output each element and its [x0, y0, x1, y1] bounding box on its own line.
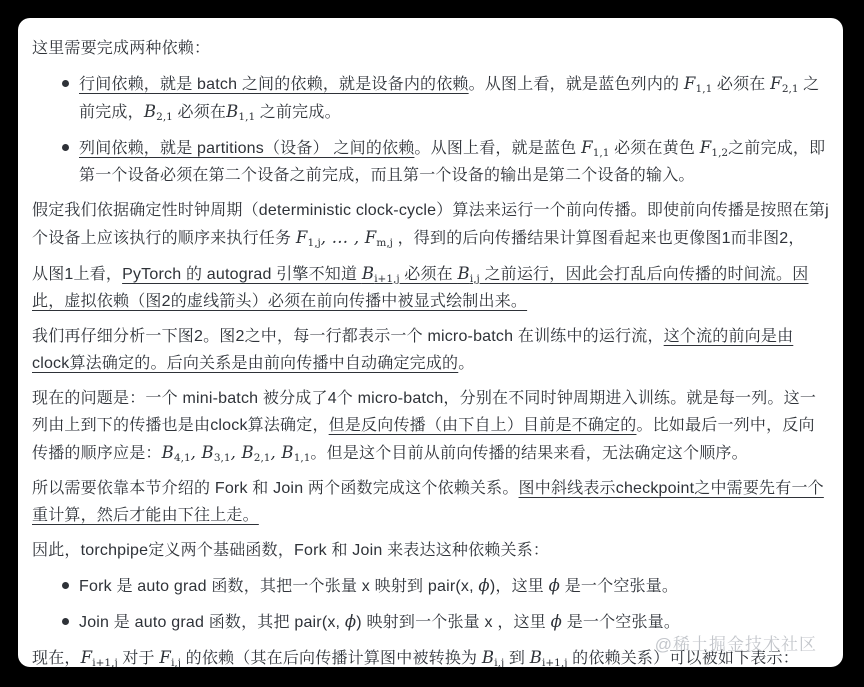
text-run: 行间依赖，就是 batch 之间的依赖，就是设备内的依赖 — [79, 76, 469, 93]
math-inline: Bi,j — [482, 648, 504, 667]
text-run: 之前完成。 — [255, 104, 341, 121]
math-inline: B3,1 — [202, 443, 231, 462]
text-run: 是一个空张量。 — [562, 614, 680, 631]
text-run: 必须在 — [173, 104, 226, 121]
math-inline: ϕ — [551, 612, 562, 631]
text-run: 这里需要完成两种依赖： — [32, 40, 210, 57]
paragraph: 所以需要依靠本节介绍的 Fork 和 Join 两个函数完成这个依赖关系。图中斜… — [32, 475, 829, 529]
math-inline: Fm,j — [365, 228, 393, 247]
paragraph: 我们再仔细分析一下图2。图2之中，每一行都表示一个 micro-batch 在训… — [32, 323, 829, 377]
article-content: 这里需要完成两种依赖：行间依赖，就是 batch 之间的依赖，就是设备内的依赖。… — [32, 35, 829, 667]
paragraph: 现在的问题是：一个 mini-batch 被分成了4个 micro-batch，… — [32, 385, 829, 467]
math-inline: ϕ — [549, 576, 560, 595]
text-run: 对于 — [122, 650, 159, 667]
text-run: 是一个空张量。 — [560, 578, 678, 595]
math-inline: Fi,j — [159, 648, 181, 667]
bullet-item: 列间依赖，就是 partitions（设备） 之间的依赖。从图上看，就是蓝色 F… — [32, 134, 829, 189]
bullet-item: 行间依赖，就是 batch 之间的依赖，就是设备内的依赖。从图上看，就是蓝色列内… — [32, 70, 829, 126]
text-run: 。从图上看，就是蓝色列内的 — [469, 76, 684, 93]
math-inline: F2,1 — [770, 74, 798, 93]
text-run: 必须在 — [712, 76, 770, 93]
text-run: ，得到的后向传播结果计算图看起来也更像图1而非图2， — [393, 230, 805, 247]
article-card: 这里需要完成两种依赖：行间依赖，就是 batch 之间的依赖，就是设备内的依赖。… — [18, 18, 843, 667]
math-inline: Bi+1,j — [530, 648, 568, 667]
math-inline: B1,1 — [281, 443, 310, 462]
math-inline: Bi+1,j — [362, 264, 400, 283]
math-inline: Fi+1,j — [81, 648, 118, 667]
math-inline: ϕ — [345, 612, 356, 631]
math-inline: B1,1 — [226, 102, 255, 121]
paragraph: 从图1上看，PyTorch 的 autograd 引擎不知道 Bi+1,j 必须… — [32, 260, 829, 315]
text-run: 。从图上看，就是蓝色 — [414, 140, 581, 157]
text-run: 到 — [504, 650, 530, 667]
text-run: 但是反向传播（由下自上）目前是不确定的 — [329, 417, 637, 434]
text-run: Join 是 auto grad 函数，其把 pair(x, — [79, 614, 345, 631]
math-inline: F1,2 — [700, 138, 728, 157]
text-run: PyTorch 的 autograd 引擎不知道 — [122, 266, 362, 283]
watermark: @稀土掘金技术社区 — [655, 630, 817, 655]
math-inline: F1,1 — [684, 74, 712, 93]
paragraph: 这里需要完成两种依赖： — [32, 35, 829, 62]
text-run: 。 — [458, 355, 474, 372]
math-inline: B2,1 — [144, 102, 173, 121]
bullet-item: Fork 是 auto grad 函数，其把一个张量 x 映射到 pair(x,… — [32, 572, 829, 600]
text-run: 所以需要依靠本节介绍的 Fork 和 Join 两个函数完成这个依赖关系。 — [32, 480, 519, 497]
math-inline: , … , — [321, 228, 365, 247]
text-run: 因此，torchpipe定义两个基础函数，Fork 和 Join 来表达这种依赖… — [32, 542, 549, 559]
math-inline: , — [270, 443, 281, 462]
text-run: 从图1上看， — [32, 266, 122, 283]
text-run: 。但是这个目前从前向传播的结果来看，无法确定这个顺序。 — [310, 445, 747, 462]
text-run: 列间依赖，就是 partitions（设备） 之间的依赖 — [79, 140, 414, 157]
paragraph: 假定我们依据确定性时钟周期（deterministic clock-cycle）… — [32, 197, 829, 252]
math-inline: B4,1 — [162, 443, 191, 462]
math-inline: F1,j — [296, 228, 321, 247]
text-run: 现在， — [32, 650, 81, 667]
paragraph: 因此，torchpipe定义两个基础函数，Fork 和 Join 来表达这种依赖… — [32, 537, 829, 564]
text-run: Fork 是 auto grad 函数，其把一个张量 x 映射到 pair(x, — [79, 578, 478, 595]
math-inline: , — [191, 443, 202, 462]
math-inline: ϕ — [478, 576, 489, 595]
text-run: 必须在黄色 — [609, 140, 699, 157]
page-frame: 这里需要完成两种依赖：行间依赖，就是 batch 之间的依赖，就是设备内的依赖。… — [0, 0, 864, 687]
math-inline: B2,1 — [241, 443, 270, 462]
math-inline: Bi,j — [458, 264, 480, 283]
text-run: 我们再仔细分析一下图2。图2之中，每一行都表示一个 micro-batch 在训… — [32, 328, 664, 345]
math-inline: F1,1 — [581, 138, 609, 157]
text-run: ) 映射到一个张量 x ，这里 — [356, 614, 550, 631]
text-run: 的依赖（其在后向传播计算图中被转换为 — [181, 650, 482, 667]
text-run: 必须在 — [400, 266, 458, 283]
math-inline: , — [231, 443, 242, 462]
text-run: )，这里 — [490, 578, 549, 595]
